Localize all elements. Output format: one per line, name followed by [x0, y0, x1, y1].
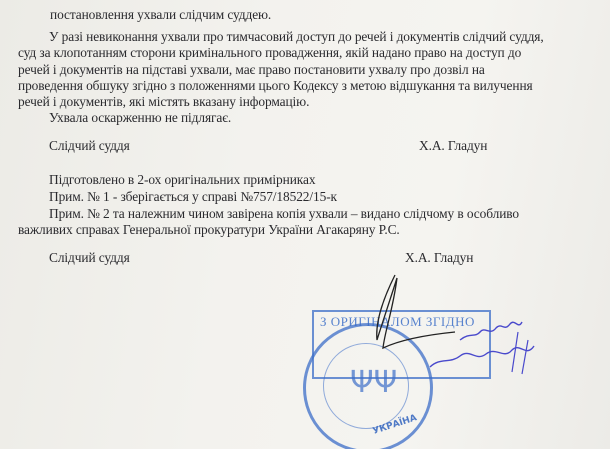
signature-title: Слідчий суддя — [49, 250, 130, 266]
note-line: Прим. № 2 та належним чином завірена коп… — [49, 206, 519, 222]
paragraph-line: речей і документів на підставі ухвали, м… — [18, 62, 485, 78]
paragraph-line: проведення обшуку згідно з положеннями ц… — [18, 78, 533, 94]
note-line: важливих справах Генеральної прокуратури… — [18, 222, 400, 238]
paragraph-line: речей і документів, які містять вказану … — [18, 94, 309, 110]
appeal-note: Ухвала оскарженню не підлягає. — [49, 110, 231, 126]
signature-name: Х.А. Гладун — [405, 250, 473, 266]
paragraph-indent: У разі невиконання ухвали про тимчасовий… — [49, 29, 544, 45]
signature-name: Х.А. Гладун — [419, 138, 487, 154]
document-page: постановлення ухвали слідчим суддею. У р… — [0, 0, 610, 449]
note-line: Підготовлено в 2-ох оригінальних примірн… — [49, 172, 315, 188]
paragraph-line: суд за клопотанням сторони кримінального… — [18, 45, 521, 61]
note-line: Прим. № 1 - зберігається у справі №757/1… — [49, 189, 337, 205]
signature-title: Слідчий суддя — [49, 138, 130, 154]
trident-emblem-icon: ΨΨ — [350, 365, 397, 400]
paragraph-line: постановлення ухвали слідчим суддею. — [50, 7, 271, 23]
signature-scribble-blue — [400, 312, 550, 392]
